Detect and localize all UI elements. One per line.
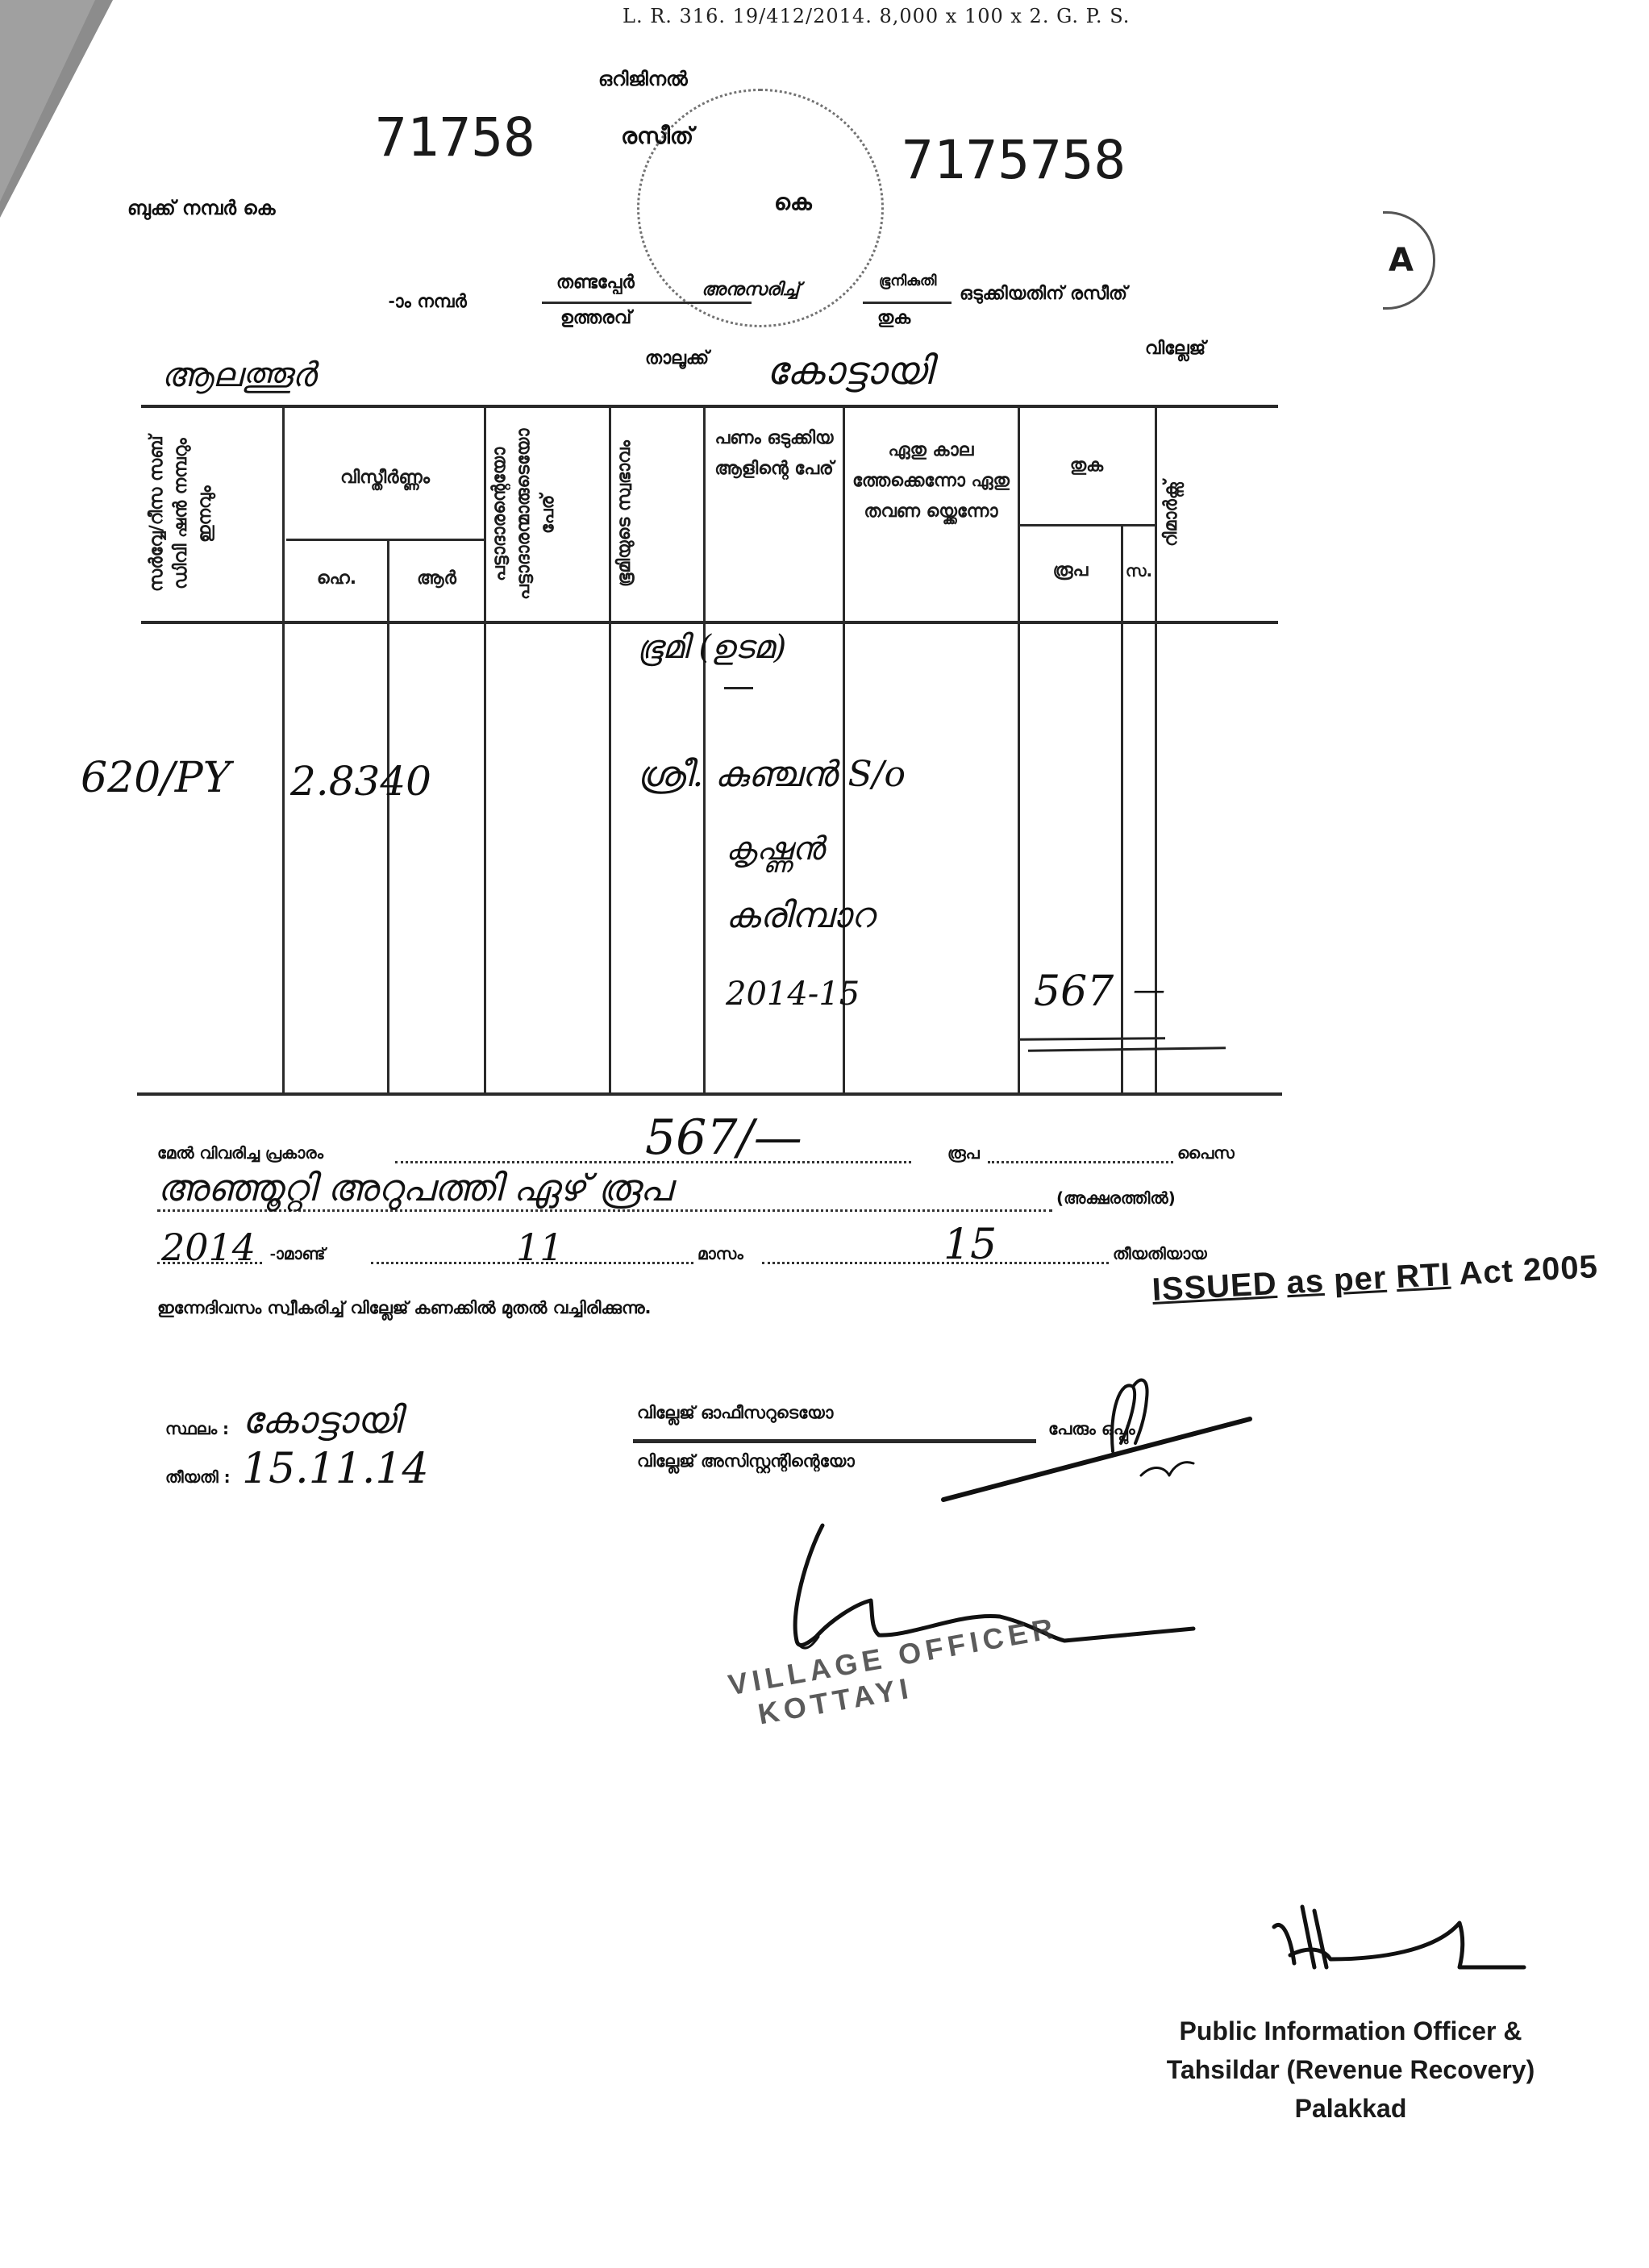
original-label: ഒറിജിനൽ	[598, 68, 688, 90]
stamp-word: Act	[1458, 1254, 1514, 1292]
col-rule	[703, 405, 706, 1094]
village-value: കോട്ടായി	[766, 348, 932, 394]
stamp-word: ISSUED	[1151, 1266, 1278, 1308]
cell-payer-line3: കരിമ്പാറ	[726, 895, 874, 936]
col-rule	[484, 405, 486, 1094]
year-value: 2014	[161, 1226, 256, 1269]
col-rule	[1018, 405, 1020, 1094]
col-header-remarks: റിമാർക്സ്	[1160, 415, 1272, 613]
stamp-word: per	[1333, 1260, 1387, 1298]
col-header-amount: തുക	[1020, 452, 1153, 481]
cell-payer-line2: കൃഷ്ണൻ	[726, 830, 824, 868]
payer-note-underline	[724, 687, 753, 689]
day-field	[762, 1262, 1109, 1264]
corner-mark-letter: A	[1389, 242, 1414, 279]
title-fraction-bottom: ഉത്തരവ്	[560, 308, 631, 328]
col-header-pattadar: പട്ടാദാരന്റെയോ പട്ടാദാരന്മാരുടെയോ പേര്	[488, 415, 607, 613]
book-number-label: ബുക്ക് നമ്പർ കെ	[127, 197, 276, 219]
col-rule	[1121, 524, 1123, 1092]
place-value: കോട്ടായി	[242, 1398, 401, 1443]
day-label: തീയതിയായ	[1113, 1244, 1207, 1263]
amount-figures: 567/—	[645, 1109, 802, 1166]
officer-bottom-label: വില്ലേജ് അസിസ്റ്റന്റിന്റെയോ	[637, 1451, 855, 1471]
scan-shadow-inner	[0, 0, 95, 202]
col-header-area: വിസ്തീർണ്ണം	[286, 464, 484, 493]
month-value: 11	[516, 1226, 564, 1269]
paise-field	[988, 1161, 1173, 1163]
stamp-word: 2005	[1522, 1249, 1599, 1288]
date-label: തീയതി :	[165, 1467, 231, 1487]
cell-area-ha: 2.8340	[290, 758, 431, 805]
amount-sub-rule	[1018, 524, 1155, 526]
amount-underline-2	[1028, 1047, 1226, 1051]
rupees-label: രൂപ	[947, 1143, 980, 1163]
in-words-label: (അക്ഷരത്തിൽ)	[1056, 1188, 1176, 1208]
print-reference: L. R. 316. 19/412/2014. 8,000 x 100 x 2.…	[623, 5, 1130, 27]
stamp-word: RTI	[1395, 1257, 1451, 1295]
fraction2-line	[863, 302, 952, 304]
date-value: 15.11.14	[242, 1445, 429, 1493]
col-rule	[282, 405, 285, 1094]
col-header-amount-rupees: രൂപ	[1020, 556, 1121, 585]
officer-top-label: വില്ലേജ് ഓഫീസറുടെയോ	[637, 1403, 833, 1423]
rti-issued-stamp: ISSUED as per RTI Act 2005	[1151, 1249, 1599, 1309]
book-series: കെ	[774, 189, 812, 216]
receipt-word: രസീത്	[621, 123, 693, 150]
summary-prefix: മേൽ വിവരിച്ച പ്രകാരം	[157, 1143, 323, 1163]
fraction-line	[542, 302, 752, 304]
table-top-rule	[141, 405, 1278, 408]
pio-line1: Public Information Officer &	[1121, 2012, 1580, 2050]
village-officer-signature	[927, 1355, 1266, 1516]
col-rule	[387, 539, 389, 1092]
closing-statement: ഇന്നേദിവസം സ്വീകരിച്ച് വില്ലേജ് കണക്കിൽ …	[157, 1298, 652, 1318]
title-suffix: ഒടുക്കിയതിന് രസീത്	[960, 284, 1127, 304]
day-value: 15	[943, 1221, 997, 1269]
village-label: വില്ലേജ്	[1145, 339, 1206, 359]
cell-amount-paise: —	[1133, 972, 1165, 1009]
spacer	[1018, 979, 1018, 980]
year-suffix: -ാമാണ്ട്	[270, 1244, 325, 1263]
col-header-area-are: ആർ	[389, 564, 484, 593]
cell-payer: ശ്രീ. കുഞ്ചൻ S/o	[637, 754, 906, 795]
col-header-survey: സർവ്വേ/റീസ സബ് ഡിവി ഷൻ നമ്പറും ഇനവും	[145, 415, 278, 613]
col-header-payer: പണം ഒടുക്കിയ ആളിന്റെ പേര്	[714, 423, 835, 485]
cell-payer-note: ഭൂമി (ഉടമ)	[637, 629, 786, 666]
cell-survey: 620/PY	[81, 754, 231, 802]
title-fraction2-top: ഭൂനികുതി	[879, 273, 936, 289]
pio-line2: Tahsildar (Revenue Recovery)	[1121, 2050, 1580, 2089]
taluk-value: ആലത്തൂർ	[161, 355, 315, 395]
month-label: മാസം	[697, 1244, 743, 1263]
paise-label: പൈസ	[1177, 1143, 1235, 1163]
receipt-number-right: 7175758	[902, 129, 1126, 191]
taluk-label: താലൂക്ക്	[645, 348, 709, 368]
table-bottom-rule	[137, 1092, 1282, 1096]
stamp-word: as	[1285, 1263, 1325, 1300]
pio-designation: Public Information Officer & Tahsildar (…	[1121, 2012, 1580, 2128]
col-header-period: ഏതു കാല ത്തേക്കെന്നോ ഏതു തവണ യ്ക്കെന്നോ	[848, 435, 1014, 527]
title-handwritten-middle: അനുസരിച്ച്	[702, 279, 799, 300]
col-header-area-ha: ഹെ.	[286, 564, 387, 593]
cell-period: 2014-15	[726, 976, 860, 1013]
title-fraction-top: തണ്ടപ്പേർ	[556, 273, 635, 293]
col-rule	[609, 405, 611, 1094]
header-bottom-rule	[141, 621, 1278, 624]
area-sub-rule	[286, 539, 484, 541]
pio-signature	[1258, 1903, 1532, 1983]
title-fraction2-bottom: തുക	[877, 308, 910, 328]
pio-line3: Palakkad	[1121, 2089, 1580, 2128]
col-header-land-type: ഭൂമിയുടെ സ്വഭാവം	[613, 415, 702, 613]
place-label: സ്ഥലം :	[165, 1419, 229, 1438]
amount-words: അഞ്ഞൂറ്റി അറുപത്തി ഏഴ് രൂപ	[157, 1166, 672, 1211]
col-header-amount-paise: സ.	[1123, 556, 1155, 585]
cell-amount-rupees: 567	[1034, 968, 1114, 1016]
amount-underline-1	[1020, 1037, 1165, 1041]
title-number-suffix: -ാം നമ്പർ	[389, 292, 467, 312]
receipt-number-left: 71758	[375, 106, 535, 169]
